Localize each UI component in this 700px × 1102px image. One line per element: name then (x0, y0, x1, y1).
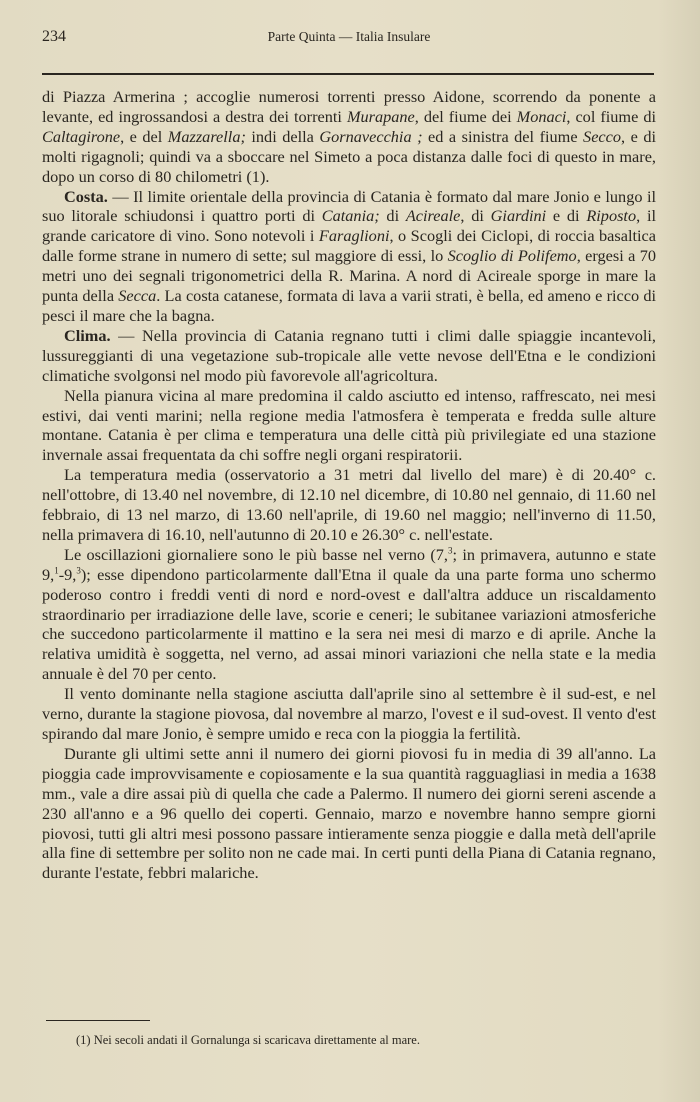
text-run: , e del (120, 127, 168, 146)
paragraph: Il vento dominante nella stagione asciut… (42, 684, 656, 744)
italic-text: Giardini (491, 206, 546, 225)
paragraph: La temperatura media (osservatorio a 31 … (42, 465, 656, 545)
italic-text: Caltagirone (42, 127, 120, 146)
paragraph: Le oscillazioni giornaliere sono le più … (42, 545, 656, 684)
text-run: e di (546, 206, 586, 225)
italic-text: Secco (583, 127, 621, 146)
italic-text: Murapane (347, 107, 415, 126)
italic-text: Catania; (322, 206, 380, 225)
paragraph: di Piazza Armerina ; accoglie numerosi t… (42, 87, 656, 187)
italic-text: Gornavecchia ; (319, 127, 422, 146)
paragraph: Costa. — Il limite orientale della provi… (42, 187, 656, 326)
text-run: , col fiume di (566, 107, 656, 126)
page-header: 234 Parte Quinta — Italia Insulare (42, 28, 656, 50)
header-rule (42, 73, 654, 75)
italic-text: Monaci (517, 107, 567, 126)
text-run: Durante gli ultimi sette anni il numero … (42, 744, 656, 882)
bold-text: Clima. (64, 326, 111, 345)
italic-text: Scoglio di Polifemo (448, 246, 577, 265)
text-run: ed a sinistra del fiume (423, 127, 584, 146)
bold-text: Costa. (64, 187, 108, 206)
text-run: — Nella provincia di Catania regnano tut… (42, 326, 656, 385)
italic-text: Secca (118, 286, 156, 305)
italic-text: Faraglioni (319, 226, 390, 245)
book-page: 234 Parte Quinta — Italia Insulare di Pi… (42, 28, 656, 50)
footnote-rule (46, 1020, 150, 1021)
italic-text: Riposto (586, 206, 636, 225)
text-run: Nella pianura vicina al mare predomina i… (42, 386, 656, 465)
text-run: Le oscillazioni giornaliere sono le più … (64, 545, 448, 564)
body-text: di Piazza Armerina ; accoglie numerosi t… (42, 87, 656, 883)
running-title: Parte Quinta — Italia Insulare (42, 29, 656, 45)
text-run: di (380, 206, 406, 225)
paragraph: Clima. — Nella provincia di Catania regn… (42, 326, 656, 386)
paragraph: Durante gli ultimi sette anni il numero … (42, 744, 656, 883)
italic-text: Acireale (406, 206, 461, 225)
text-run: Il vento dominante nella stagione asciut… (42, 684, 656, 743)
text-run: -9, (59, 565, 77, 584)
text-run: ); esse dipendono particolarmente dall'E… (42, 565, 656, 684)
italic-text: Mazzarella; (168, 127, 246, 146)
text-run: , di (460, 206, 490, 225)
text-run: , del fiume dei (415, 107, 517, 126)
footnote: (1) Nei secoli andati il Gornalunga si s… (76, 1032, 420, 1048)
text-run: La temperatura media (osservatorio a 31 … (42, 465, 656, 544)
text-run: indi della (246, 127, 319, 146)
paragraph: Nella pianura vicina al mare predomina i… (42, 386, 656, 466)
